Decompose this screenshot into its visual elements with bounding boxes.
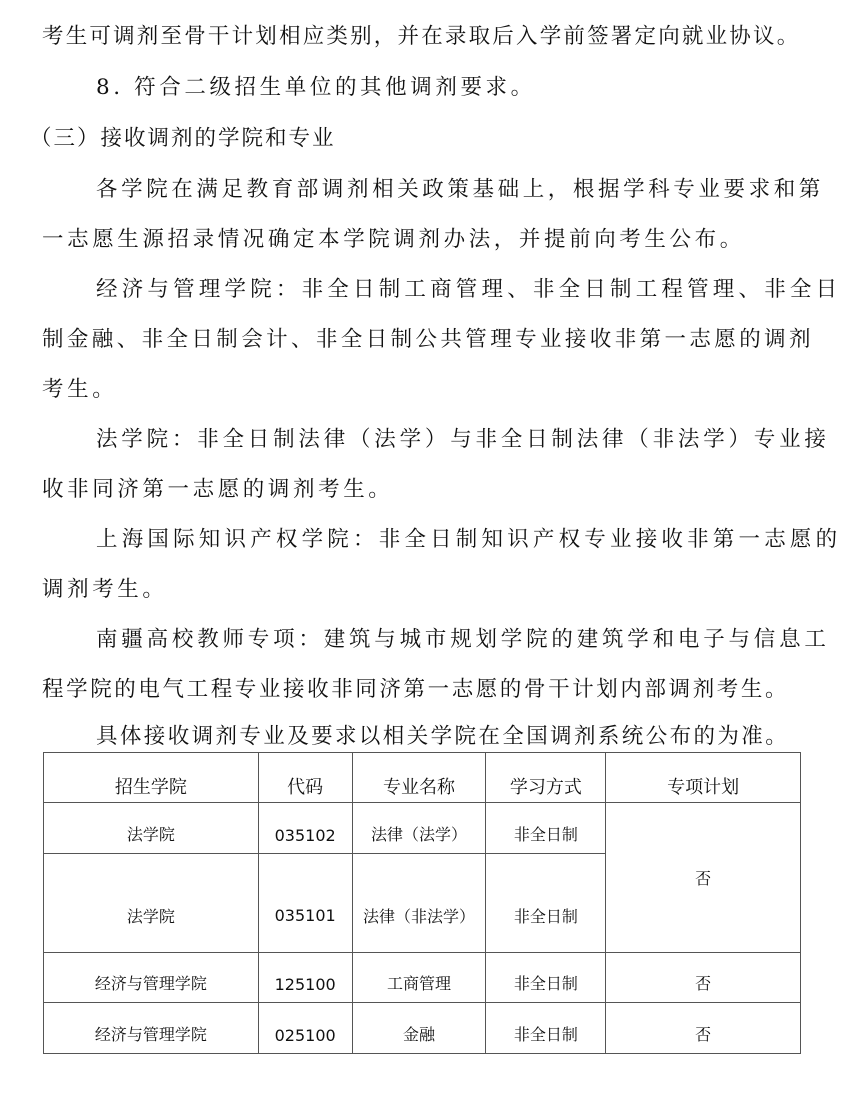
- paragraph-line: 各学院在满足教育部调剂相关政策基础上，根据学科专业要求和第: [96, 175, 824, 205]
- cell-major: 法律（法学）: [352, 803, 486, 854]
- cell-special-plan: 否: [606, 953, 801, 1003]
- cell-code: 035102: [258, 803, 352, 854]
- cell-college: 经济与管理学院: [44, 953, 259, 1003]
- paragraph-line: 收非同济第一志愿的调剂考生。: [42, 475, 393, 505]
- cell-college: 经济与管理学院: [44, 1003, 259, 1054]
- cell-college: 法学院: [44, 803, 259, 854]
- cell-special-plan: 否: [606, 803, 801, 953]
- cell-study-mode: 非全日制: [486, 953, 606, 1003]
- paragraph-line: 具体接收调剂专业及要求以相关学院在全国调剂系统公布的为准。: [96, 722, 789, 752]
- paragraph-line: 程学院的电气工程专业接收非同济第一志愿的骨干计划内部调剂考生。: [42, 675, 789, 705]
- cell-study-mode: 非全日制: [486, 854, 606, 953]
- paragraph-line: 考生可调剂至骨干计划相应类别，并在录取后入学前签署定向就业协议。: [42, 22, 800, 52]
- section-heading: （三）接收调剂的学院和专业: [30, 124, 336, 154]
- paragraph-line: 8. 符合二级招生单位的其他调剂要求。: [96, 73, 536, 103]
- paragraph-line: 南疆高校教师专项：建筑与城市规划学院的建筑学和电子与信息工: [96, 625, 830, 655]
- cell-code: 035101: [258, 854, 352, 953]
- table-row: 法学院 035102 法律（法学） 非全日制 否: [44, 803, 801, 854]
- paragraph-line: 调剂考生。: [42, 575, 168, 605]
- cell-code: 125100: [258, 953, 352, 1003]
- cell-college: 法学院: [44, 854, 259, 953]
- cell-code: 025100: [258, 1003, 352, 1054]
- cell-major: 工商管理: [352, 953, 486, 1003]
- admission-table: 招生学院 代码 专业名称 学习方式 专项计划 法学院 035102 法律（法学）…: [43, 752, 801, 1054]
- cell-major: 法律（非法学）: [352, 854, 486, 953]
- cell-major: 金融: [352, 1003, 486, 1054]
- header-major: 专业名称: [352, 753, 486, 803]
- header-special-plan: 专项计划: [606, 753, 801, 803]
- cell-special-plan: 否: [606, 1003, 801, 1054]
- header-college: 招生学院: [44, 753, 259, 803]
- paragraph-line: 考生。: [42, 375, 117, 405]
- header-study-mode: 学习方式: [486, 753, 606, 803]
- cell-study-mode: 非全日制: [486, 803, 606, 854]
- table-row: 经济与管理学院 025100 金融 非全日制 否: [44, 1003, 801, 1054]
- paragraph-line: 法学院：非全日制法律（法学）与非全日制法律（非法学）专业接: [96, 425, 830, 455]
- cell-study-mode: 非全日制: [486, 1003, 606, 1054]
- table-header-row: 招生学院 代码 专业名称 学习方式 专项计划: [44, 753, 801, 803]
- paragraph-line: 制金融、非全日制会计、非全日制公共管理专业接收非第一志愿的调剂: [42, 325, 814, 355]
- paragraph-line: 上海国际知识产权学院：非全日制知识产权专业接收非第一志愿的: [96, 525, 841, 555]
- paragraph-line: 经济与管理学院：非全日制工商管理、非全日制工程管理、非全日: [96, 275, 841, 305]
- table-row: 经济与管理学院 125100 工商管理 非全日制 否: [44, 953, 801, 1003]
- paragraph-line: 一志愿生源招录情况确定本学院调剂办法，并提前向考生公布。: [42, 225, 745, 255]
- header-code: 代码: [258, 753, 352, 803]
